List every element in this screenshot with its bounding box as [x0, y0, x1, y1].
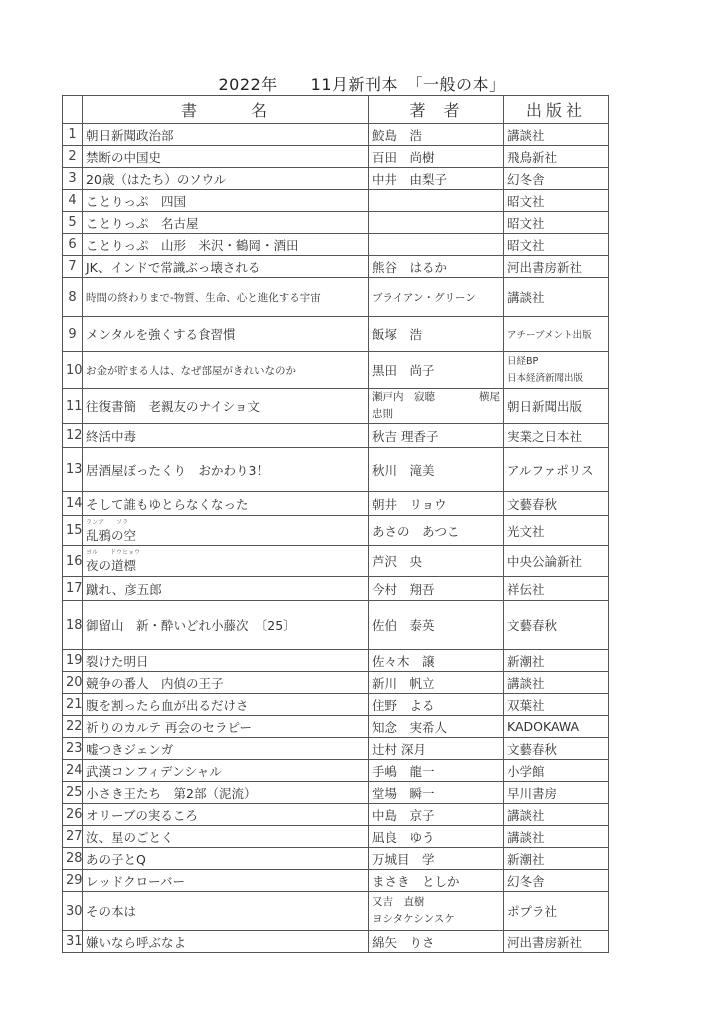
- table-row: 20 競争の番人 内偵の王子 新川 帆立 講談社: [63, 672, 609, 694]
- table-row: 1 朝日新聞政治部 鮫島 浩 講談社: [63, 124, 609, 146]
- book-title: 嘘つきジェンガ: [83, 738, 369, 760]
- book-title: 腹を割ったら血が出るだけさ: [83, 694, 369, 716]
- book-title: 武漢コンフィデンシャル: [83, 760, 369, 782]
- table-row: 18 御留山 新・酔いどれ小藤次 〔25〕 佐伯 泰英 文藝春秋: [63, 601, 609, 650]
- book-title: あの子とQ: [83, 848, 369, 870]
- publisher-line: 日本経済新聞出版: [507, 370, 605, 387]
- book-author: 鮫島 浩: [369, 124, 504, 146]
- author-line: 又吉 直樹: [372, 894, 500, 911]
- row-number: 19: [63, 650, 83, 672]
- title-with-ruby: ランア ソラ 乱鴉の空: [86, 518, 136, 544]
- row-number: 16: [63, 546, 83, 577]
- book-title: ことりっぷ 名古屋: [83, 212, 369, 234]
- book-author: 堂場 瞬一: [369, 782, 504, 804]
- book-author: 佐伯 泰英: [369, 601, 504, 650]
- book-publisher: 講談社: [504, 804, 609, 826]
- book-publisher: 祥伝社: [504, 577, 609, 601]
- table-row: 8 時間の終わりまで-物質、生命、心と進化する宇宙 ブライアン・グリーン 講談社: [63, 278, 609, 317]
- row-number: 15: [63, 516, 83, 546]
- row-number: 28: [63, 848, 83, 870]
- table-row: 22 祈りのカルテ 再会のセラピー 知念 実希人 KADOKAWA: [63, 716, 609, 738]
- author-line: 忠則: [372, 406, 500, 423]
- book-publisher: 文藝春秋: [504, 738, 609, 760]
- row-number: 18: [63, 601, 83, 650]
- row-number: 23: [63, 738, 83, 760]
- book-author: 熊谷 はるか: [369, 256, 504, 278]
- book-title: レッドクローバー: [83, 870, 369, 892]
- book-publisher: ポプラ社: [504, 892, 609, 931]
- table-row: 15 ランア ソラ 乱鴉の空 あさの あつこ 光文社: [63, 516, 609, 546]
- header-title: 書名: [83, 96, 369, 124]
- ruby-reading: ランア ソラ: [86, 517, 128, 526]
- book-title: 裂けた明日: [83, 650, 369, 672]
- book-title: 嫌いなら呼ぶなよ: [83, 931, 369, 953]
- book-publisher: 小学館: [504, 760, 609, 782]
- book-title: そして誰もゆとらなくなった: [83, 492, 369, 516]
- author-name: 瀬戸内 寂聴: [372, 389, 435, 406]
- book-title: オリーブの実るころ: [83, 804, 369, 826]
- book-publisher: 昭文社: [504, 190, 609, 212]
- page-title: 2022年 11月新刊本 「一般の本」: [0, 72, 724, 95]
- row-number: 29: [63, 870, 83, 892]
- book-title: お金が貯まる人は、なぜ部屋がきれいなのか: [83, 352, 369, 389]
- row-number: 5: [63, 212, 83, 234]
- book-publisher: 日経BP 日本経済新聞出版: [504, 352, 609, 389]
- table-row: 13 居酒屋ぼったくり おかわり3！ 秋川 滝美 アルファポリス: [63, 448, 609, 492]
- book-publisher: 新潮社: [504, 650, 609, 672]
- row-number: 24: [63, 760, 83, 782]
- table-row: 24 武漢コンフィデンシャル 手嶋 龍一 小学館: [63, 760, 609, 782]
- title-text: 乱鴉の空: [86, 528, 136, 543]
- book-author: 佐々木 譲: [369, 650, 504, 672]
- row-number: 27: [63, 826, 83, 848]
- book-title: 祈りのカルテ 再会のセラピー: [83, 716, 369, 738]
- book-author: 新川 帆立: [369, 672, 504, 694]
- table-row: 17 蹴れ、彦五郎 今村 翔吾 祥伝社: [63, 577, 609, 601]
- table-row: 14 そして誰もゆとらなくなった 朝井 リョウ 文藝春秋: [63, 492, 609, 516]
- book-author: 朝井 リョウ: [369, 492, 504, 516]
- table-row: 3 20歳（はたち）のソウル 中井 由梨子 幻冬舎: [63, 168, 609, 190]
- book-author: 辻村 深月: [369, 738, 504, 760]
- row-number: 30: [63, 892, 83, 931]
- book-author: 秋川 滝美: [369, 448, 504, 492]
- book-author: 飯塚 浩: [369, 317, 504, 352]
- row-number: 6: [63, 234, 83, 256]
- table-row: 7 JK、インドで常識ぶっ壊される 熊谷 はるか 河出書房新社: [63, 256, 609, 278]
- book-author: 百田 尚樹: [369, 146, 504, 168]
- book-publisher: 文藝春秋: [504, 601, 609, 650]
- book-publisher: 飛鳥新社: [504, 146, 609, 168]
- author-name: 横尾: [479, 389, 500, 406]
- author-line: 瀬戸内 寂聴 横尾: [372, 389, 500, 406]
- book-publisher: 新潮社: [504, 848, 609, 870]
- book-author: 今村 翔吾: [369, 577, 504, 601]
- book-title: その本は: [83, 892, 369, 931]
- book-title: 時間の終わりまで-物質、生命、心と進化する宇宙: [83, 278, 369, 317]
- table-row: 26 オリーブの実るころ 中島 京子 講談社: [63, 804, 609, 826]
- row-number: 21: [63, 694, 83, 716]
- row-number: 12: [63, 424, 83, 448]
- header-author: 著者: [369, 96, 504, 124]
- book-publisher: 昭文社: [504, 212, 609, 234]
- book-author: あさの あつこ: [369, 516, 504, 546]
- book-publisher: 河出書房新社: [504, 256, 609, 278]
- title-text: 夜の道標: [86, 558, 136, 573]
- table-row: 30 その本は 又吉 直樹 ヨシタケシンスケ ポプラ社: [63, 892, 609, 931]
- ruby-reading: ヨル ドウヒョウ: [86, 547, 140, 556]
- row-number: 9: [63, 317, 83, 352]
- book-author: 黒田 尚子: [369, 352, 504, 389]
- book-title: 往復書簡 老親友のナイショ文: [83, 389, 369, 424]
- row-number: 8: [63, 278, 83, 317]
- book-publisher: 幻冬舎: [504, 168, 609, 190]
- book-publisher: 河出書房新社: [504, 931, 609, 953]
- book-author: [369, 234, 504, 256]
- book-title: ことりっぷ 四国: [83, 190, 369, 212]
- book-title: 御留山 新・酔いどれ小藤次 〔25〕: [83, 601, 369, 650]
- book-author: [369, 190, 504, 212]
- book-publisher: 双葉社: [504, 694, 609, 716]
- row-number: 20: [63, 672, 83, 694]
- book-publisher: 早川書房: [504, 782, 609, 804]
- book-publisher: 幻冬舎: [504, 870, 609, 892]
- book-title: 競争の番人 内偵の王子: [83, 672, 369, 694]
- book-author: 芦沢 央: [369, 546, 504, 577]
- book-publisher: 中央公論新社: [504, 546, 609, 577]
- row-number: 26: [63, 804, 83, 826]
- book-publisher: 講談社: [504, 278, 609, 317]
- new-books-table: 書名 著者 出版社 1 朝日新聞政治部 鮫島 浩 講談社 2 禁断の中国史 百田…: [62, 95, 609, 953]
- book-publisher: 文藝春秋: [504, 492, 609, 516]
- book-title: ことりっぷ 山形 米沢・鶴岡・酒田: [83, 234, 369, 256]
- book-author: 凪良 ゆう: [369, 826, 504, 848]
- title-with-ruby: ヨル ドウヒョウ 夜の道標: [86, 548, 136, 574]
- row-number: 13: [63, 448, 83, 492]
- row-number: 2: [63, 146, 83, 168]
- row-number: 17: [63, 577, 83, 601]
- book-author: まさき としか: [369, 870, 504, 892]
- book-author: [369, 212, 504, 234]
- table-row: 5 ことりっぷ 名古屋 昭文社: [63, 212, 609, 234]
- table-row: 4 ことりっぷ 四国 昭文社: [63, 190, 609, 212]
- row-number: 4: [63, 190, 83, 212]
- book-publisher: 光文社: [504, 516, 609, 546]
- book-title: 汝、星のごとく: [83, 826, 369, 848]
- book-title: ランア ソラ 乱鴉の空: [83, 516, 369, 546]
- table-row: 19 裂けた明日 佐々木 譲 新潮社: [63, 650, 609, 672]
- table-row: 2 禁断の中国史 百田 尚樹 飛鳥新社: [63, 146, 609, 168]
- book-author: 綿矢 りさ: [369, 931, 504, 953]
- book-publisher: 講談社: [504, 826, 609, 848]
- book-title: 蹴れ、彦五郎: [83, 577, 369, 601]
- book-author: 中島 京子: [369, 804, 504, 826]
- book-author: 万城目 学: [369, 848, 504, 870]
- book-publisher: 講談社: [504, 672, 609, 694]
- row-number: 14: [63, 492, 83, 516]
- book-publisher: 朝日新聞出版: [504, 389, 609, 424]
- book-publisher: KADOKAWA: [504, 716, 609, 738]
- row-number: 3: [63, 168, 83, 190]
- header-number: [63, 96, 83, 124]
- book-publisher: 実業之日本社: [504, 424, 609, 448]
- table-row: 10 お金が貯まる人は、なぜ部屋がきれいなのか 黒田 尚子 日経BP 日本経済新…: [63, 352, 609, 389]
- table-row: 16 ヨル ドウヒョウ 夜の道標 芦沢 央 中央公論新社: [63, 546, 609, 577]
- book-author: ブライアン・グリーン: [369, 278, 504, 317]
- table-row: 23 嘘つきジェンガ 辻村 深月 文藝春秋: [63, 738, 609, 760]
- table-row: 31 嫌いなら呼ぶなよ 綿矢 りさ 河出書房新社: [63, 931, 609, 953]
- publisher-line: 日経BP: [507, 353, 605, 370]
- book-publisher: 講談社: [504, 124, 609, 146]
- book-title: 禁断の中国史: [83, 146, 369, 168]
- book-author: 中井 由梨子: [369, 168, 504, 190]
- row-number: 11: [63, 389, 83, 424]
- book-title: メンタルを強くする食習慣: [83, 317, 369, 352]
- row-number: 10: [63, 352, 83, 389]
- book-author: 秋吉 理香子: [369, 424, 504, 448]
- book-author: 住野 よる: [369, 694, 504, 716]
- book-author: 瀬戸内 寂聴 横尾 忠則: [369, 389, 504, 424]
- author-line: ヨシタケシンスケ: [372, 911, 500, 928]
- book-title: 20歳（はたち）のソウル: [83, 168, 369, 190]
- table-row: 12 終活中毒 秋吉 理香子 実業之日本社: [63, 424, 609, 448]
- book-title: 終活中毒: [83, 424, 369, 448]
- table-row: 21 腹を割ったら血が出るだけさ 住野 よる 双葉社: [63, 694, 609, 716]
- row-number: 7: [63, 256, 83, 278]
- row-number: 31: [63, 931, 83, 953]
- book-author: 又吉 直樹 ヨシタケシンスケ: [369, 892, 504, 931]
- header-row: 書名 著者 出版社: [63, 96, 609, 124]
- table-row: 29 レッドクローバー まさき としか 幻冬舎: [63, 870, 609, 892]
- table-row: 25 小さき王たち 第2部（泥流） 堂場 瞬一 早川書房: [63, 782, 609, 804]
- book-title: 小さき王たち 第2部（泥流）: [83, 782, 369, 804]
- book-title: JK、インドで常識ぶっ壊される: [83, 256, 369, 278]
- book-publisher: 昭文社: [504, 234, 609, 256]
- table-row: 27 汝、星のごとく 凪良 ゆう 講談社: [63, 826, 609, 848]
- book-author: 手嶋 龍一: [369, 760, 504, 782]
- row-number: 25: [63, 782, 83, 804]
- book-author: 知念 実希人: [369, 716, 504, 738]
- book-title: 居酒屋ぼったくり おかわり3！: [83, 448, 369, 492]
- book-publisher: アルファポリス: [504, 448, 609, 492]
- book-publisher: アチーブメント出版: [504, 317, 609, 352]
- row-number: 1: [63, 124, 83, 146]
- table-row: 11 往復書簡 老親友のナイショ文 瀬戸内 寂聴 横尾 忠則 朝日新聞出版: [63, 389, 609, 424]
- book-title: ヨル ドウヒョウ 夜の道標: [83, 546, 369, 577]
- table-row: 9 メンタルを強くする食習慣 飯塚 浩 アチーブメント出版: [63, 317, 609, 352]
- row-number: 22: [63, 716, 83, 738]
- table-row: 6 ことりっぷ 山形 米沢・鶴岡・酒田 昭文社: [63, 234, 609, 256]
- book-title: 朝日新聞政治部: [83, 124, 369, 146]
- header-publisher: 出版社: [504, 96, 609, 124]
- table-row: 28 あの子とQ 万城目 学 新潮社: [63, 848, 609, 870]
